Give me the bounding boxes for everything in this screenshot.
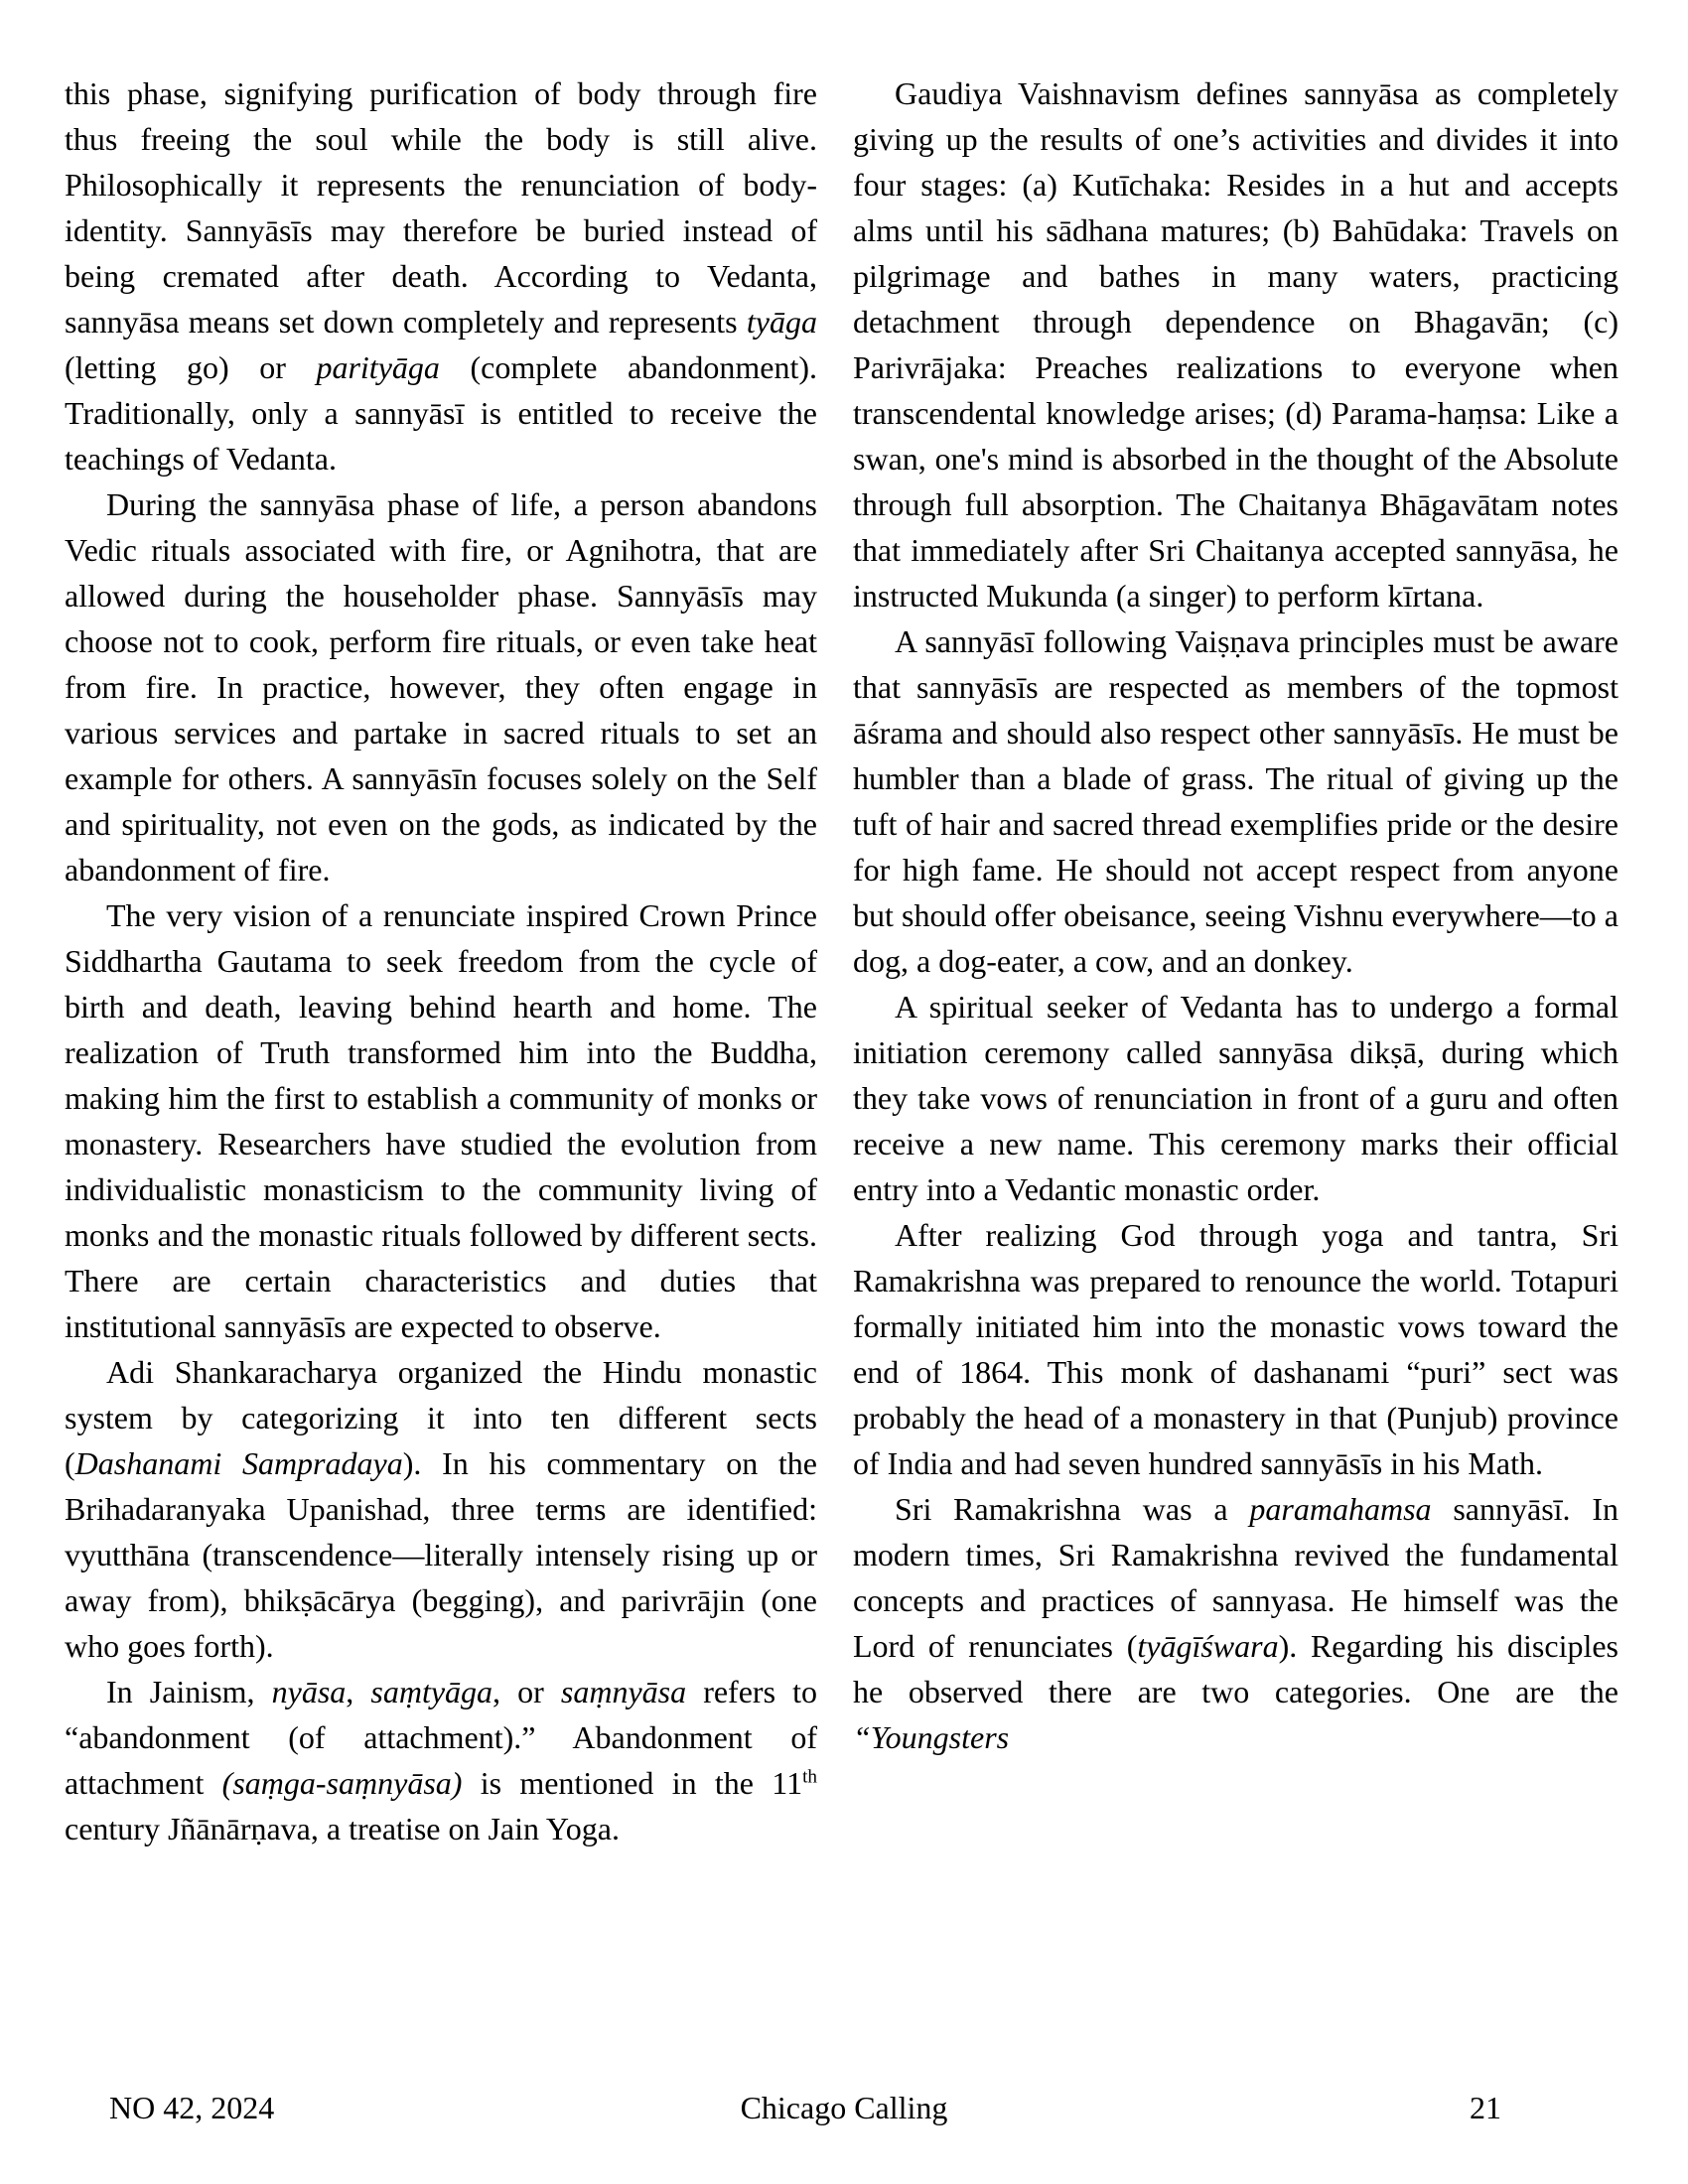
italic-run: parityāga	[316, 349, 439, 385]
text-run: is mentioned in the 11	[462, 1765, 802, 1801]
text-run: After realizing God through yoga and tan…	[853, 1217, 1618, 1481]
paragraph: After realizing God through yoga and tan…	[853, 1212, 1618, 1486]
italic-run: tyāgīśwara	[1137, 1628, 1278, 1664]
paragraph: A sannyāsī following Vaiṣṇava principles…	[853, 618, 1618, 984]
text-run: A sannyāsī following Vaiṣṇava principles…	[853, 623, 1618, 979]
italic-run: paramahamsa	[1249, 1491, 1431, 1527]
text-column-left: this phase, signifying purification of b…	[65, 70, 817, 1851]
text-body: this phase, signifying purification of b…	[65, 70, 1618, 1851]
text-run: A spiritual seeker of Vedanta has to und…	[853, 989, 1618, 1207]
paragraph: this phase, signifying purification of b…	[65, 70, 817, 481]
paragraph: The very vision of a renunciate inspired…	[65, 892, 817, 1349]
italic-run: Dashanami Sampradaya	[75, 1445, 403, 1481]
italic-run: (saṃga-saṃnyāsa)	[222, 1765, 463, 1801]
italic-run: nyāsa	[272, 1674, 347, 1709]
footer-page-number: 21	[1470, 2085, 1501, 2130]
italic-run: tyāga	[747, 304, 817, 340]
paragraph: During the sannyāsa phase of life, a per…	[65, 481, 817, 892]
text-run: , or	[492, 1674, 561, 1709]
text-run: this phase, signifying purification of b…	[65, 75, 817, 340]
text-run: century Jñānārṇava, a treatise on Jain Y…	[65, 1811, 620, 1846]
text-run: Sri Ramakrishna was a	[895, 1491, 1249, 1527]
footer-journal-name: Chicago Calling	[0, 2085, 1688, 2130]
italic-run: saṃnyāsa	[561, 1674, 686, 1709]
text-run: The very vision of a renunciate inspired…	[65, 897, 817, 1344]
paragraph: Adi Shankaracharya organized the Hindu m…	[65, 1349, 817, 1669]
italic-run: “Youngsters	[853, 1719, 1009, 1755]
text-run: In Jainism,	[106, 1674, 272, 1709]
paragraph: Gaudiya Vaishnavism defines sannyāsa as …	[853, 70, 1618, 618]
superscript-run: th	[802, 1766, 817, 1787]
document-page: this phase, signifying purification of b…	[0, 0, 1688, 2184]
text-run: (letting go) or	[65, 349, 316, 385]
paragraph: A spiritual seeker of Vedanta has to und…	[853, 984, 1618, 1212]
text-run: Gaudiya Vaishnavism defines sannyāsa as …	[853, 75, 1618, 614]
paragraph: Sri Ramakrishna was a paramahamsa sannyā…	[853, 1486, 1618, 1760]
text-column-right: Gaudiya Vaishnavism defines sannyāsa as …	[853, 70, 1618, 1851]
text-run: During the sannyāsa phase of life, a per…	[65, 486, 817, 887]
text-run: ,	[346, 1674, 370, 1709]
paragraph: In Jainism, nyāsa, saṃtyāga, or saṃnyāsa…	[65, 1669, 817, 1851]
italic-run: saṃtyāga	[370, 1674, 492, 1709]
